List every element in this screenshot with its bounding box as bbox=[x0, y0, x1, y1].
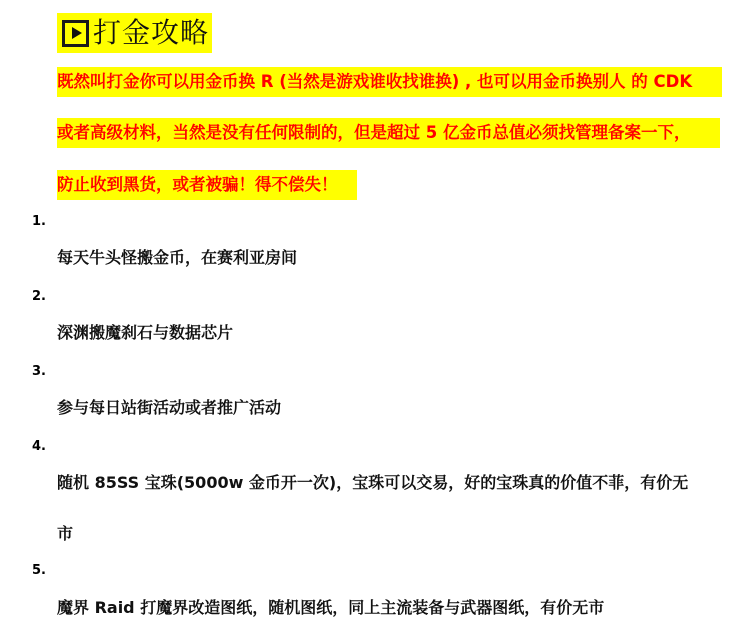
list-item-5: 魔界 Raid 打魔界改造图纸，随机图纸，同上主流装备与武器图纸，有价无市 bbox=[57, 598, 604, 618]
list-number-4: 4. bbox=[32, 438, 46, 456]
list-item-4: 随机 85SS 宝珠(5000w 金币开一次)，宝珠可以交易，好的宝珠真的价值不… bbox=[57, 473, 688, 493]
warning-line-1: 既然叫打金你可以用金币换 R (当然是游戏谁收找谁换) , 也可以用金币换别人 … bbox=[57, 67, 722, 97]
heading-title: 打金攻略 bbox=[93, 13, 209, 53]
list-item-2: 深渊搬魔刹石与数据芯片 bbox=[57, 323, 233, 343]
list-item-1: 每天牛头怪搬金币，在赛利亚房间 bbox=[57, 248, 297, 268]
list-number-3: 3. bbox=[32, 363, 46, 381]
list-number-2: 2. bbox=[32, 288, 46, 306]
warning-line-2: 或者高级材料，当然是没有任何限制的，但是超过 5 亿金币总值必须找管理备案一下， bbox=[57, 118, 720, 148]
section-heading: 打金攻略 bbox=[57, 13, 212, 53]
list-item-4-continued: 市 bbox=[57, 524, 73, 544]
list-number-1: 1. bbox=[32, 213, 46, 231]
play-icon bbox=[62, 20, 89, 47]
list-item-3: 参与每日站街活动或者推广活动 bbox=[57, 398, 281, 418]
list-number-5: 5. bbox=[32, 562, 46, 580]
warning-line-3: 防止收到黑货，或者被骗！得不偿失！ bbox=[57, 170, 357, 200]
